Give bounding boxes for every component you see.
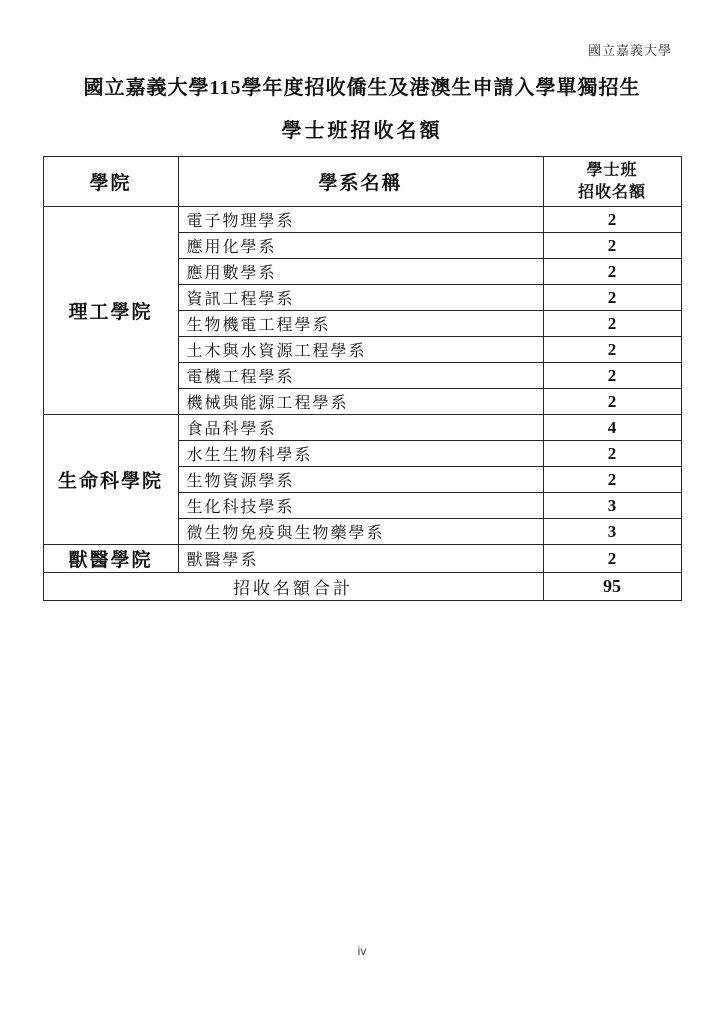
quota-cell: 2 [543,259,681,285]
department-cell: 食品科學系 [178,415,543,441]
document-subtitle: 學士班招收名額 [0,114,724,143]
department-cell: 土木與水資源工程學系 [178,337,543,363]
quota-cell: 2 [543,285,681,311]
quota-column-header-line2: 招收名額 [544,182,681,204]
department-cell: 應用數學系 [178,259,543,285]
department-cell: 獸醫學系 [178,545,543,573]
quota-cell: 3 [543,519,681,545]
department-cell: 生物資源學系 [178,467,543,493]
quota-cell: 2 [543,441,681,467]
table-row: 理工學院電子物理學系2 [43,207,681,233]
page-number: iv [0,944,724,958]
department-cell: 機械與能源工程學系 [178,389,543,415]
quota-cell: 2 [543,337,681,363]
college-cell: 獸醫學院 [43,545,178,573]
department-column-header: 學系名稱 [178,157,543,207]
quota-column-header: 學士班 招收名額 [543,157,681,207]
quota-cell: 2 [543,363,681,389]
quota-cell: 2 [543,311,681,337]
department-cell: 應用化學系 [178,233,543,259]
department-cell: 生化科技學系 [178,493,543,519]
quota-table-body: 理工學院電子物理學系2應用化學系2應用數學系2資訊工程學系2生物機電工程學系2土… [43,207,681,601]
header-row: 學院 學系名稱 學士班 招收名額 [43,157,681,207]
department-cell: 水生生物科學系 [178,441,543,467]
quota-table: 學院 學系名稱 學士班 招收名額 理工學院電子物理學系2應用化學系2應用數學系2… [43,156,682,601]
corner-header: 國立嘉義大學 [588,40,672,59]
quota-cell: 2 [543,207,681,233]
college-cell: 理工學院 [43,207,178,415]
total-value: 95 [543,573,681,601]
total-row: 招收名額合計95 [43,573,681,601]
department-cell: 電機工程學系 [178,363,543,389]
college-cell: 生命科學院 [43,415,178,545]
department-cell: 生物機電工程學系 [178,311,543,337]
quota-cell: 2 [543,467,681,493]
quota-cell: 2 [543,389,681,415]
table-row: 生命科學院食品科學系4 [43,415,681,441]
quota-cell: 2 [543,233,681,259]
quota-cell: 3 [543,493,681,519]
document-page: 國立嘉義大學 國立嘉義大學115學年度招收僑生及港澳生申請入學單獨招生 學士班招… [0,0,724,1024]
total-label: 招收名額合計 [43,573,543,601]
college-column-header: 學院 [43,157,178,207]
quota-cell: 4 [543,415,681,441]
department-cell: 電子物理學系 [178,207,543,233]
quota-table-header: 學院 學系名稱 學士班 招收名額 [43,157,681,207]
quota-cell: 2 [543,545,681,573]
department-cell: 資訊工程學系 [178,285,543,311]
table-row: 獸醫學院獸醫學系2 [43,545,681,573]
department-cell: 微生物免疫與生物藥學系 [178,519,543,545]
quota-column-header-line1: 學士班 [544,160,681,182]
